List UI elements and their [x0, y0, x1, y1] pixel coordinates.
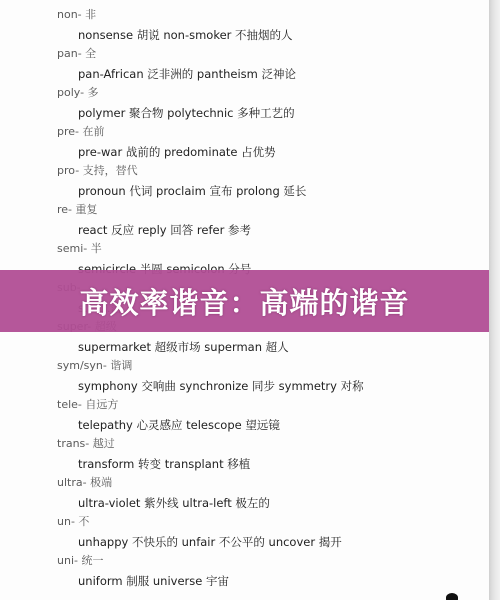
prefix-heading: non- 非	[57, 8, 96, 22]
prefix-example: nonsense 胡说 non-smoker 不抽烟的人	[78, 28, 293, 42]
prefix-heading: uni- 统一	[57, 554, 103, 568]
prefix-heading: un- 不	[57, 515, 89, 529]
title-banner: 高效率谐音：高端的谐音	[0, 270, 489, 332]
prefix-heading: trans- 越过	[57, 437, 115, 451]
banner-title: 高效率谐音：高端的谐音	[79, 281, 409, 322]
prefix-heading: ultra- 极端	[57, 476, 112, 490]
prefix-example: supermarket 超级市场 superman 超人	[78, 340, 289, 354]
prefix-heading: pro- 支持，替代	[57, 164, 138, 178]
scan-artifact-icon	[446, 593, 458, 600]
prefix-example: pan-African 泛非洲的 pantheism 泛神论	[78, 67, 296, 81]
prefix-heading: pan- 全	[57, 47, 96, 61]
prefix-example: symphony 交响曲 synchronize 同步 symmetry 对称	[78, 379, 364, 393]
prefix-heading: poly- 多	[57, 86, 99, 100]
prefix-example: ultra-violet 紫外线 ultra-left 极左的	[78, 496, 270, 510]
prefix-heading: semi- 半	[57, 242, 102, 256]
page-binding-edge	[489, 0, 500, 600]
prefix-example: polymer 聚合物 polytechnic 多种工艺的	[78, 106, 295, 120]
prefix-example: pre-war 战前的 predominate 占优势	[78, 145, 276, 159]
prefix-heading: sym/syn- 谐调	[57, 359, 132, 373]
prefix-example: react 反应 reply 回答 refer 参考	[78, 223, 251, 237]
prefix-example: unhappy 不快乐的 unfair 不公平的 uncover 揭开	[78, 535, 342, 549]
prefix-example: uniform 制服 universe 宇宙	[78, 574, 229, 588]
prefix-example: transform 转变 transplant 移植	[78, 457, 250, 471]
prefix-heading: tele- 自远方	[57, 398, 118, 412]
prefix-example: pronoun 代词 proclaim 宣布 prolong 延长	[78, 184, 306, 198]
prefix-heading: re- 重复	[57, 203, 98, 217]
prefix-example: telepathy 心灵感应 telescope 望远镜	[78, 418, 280, 432]
prefix-heading: pre- 在前	[57, 125, 105, 139]
